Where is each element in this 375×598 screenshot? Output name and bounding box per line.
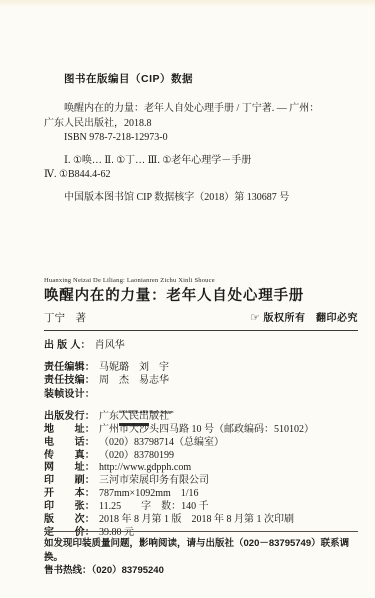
field-value: 广州市大沙头四马路 10 号（邮政编码：510102） [99,424,358,437]
cip-classification-line2: Ⅳ. ①B844.4-62 [44,168,358,183]
field-value: 787mm×1092mm 1/16 [99,488,358,501]
field-label: 责任编辑： [44,361,95,375]
website-url: http://www.gdpph.com [99,462,358,475]
staff-row: 责任编辑： 马妮璐 刘 宇 [44,361,358,375]
field-value: 马妮璐 刘 宇 [99,361,358,375]
field-value: 2018 年 8 月第 1 版 2018 年 8 月第 1 次印刷 [99,514,358,527]
field-value: 周 杰 易志华 [99,374,358,388]
copyright-notice: ☞版权所有 翻印必究 [250,312,358,325]
field-label: 开 本： [44,488,95,501]
publishing-row: 电 话： （020）83798714（总编室） [44,437,358,450]
cip-title-line: 唤醒内在的力量：老年人自处心理手册 / 丁宁著. — 广州： [44,102,358,117]
field-value: 三河市荣展印务有限公司 [99,475,358,488]
divider-rule-bottom [44,531,358,532]
field-label: 出 版 人： [44,339,91,353]
field-label: 印 刷： [44,475,95,488]
cip-record-line: 中国版本图书馆 CIP 数据核字（2018）第 130687 号 [44,191,358,206]
publishing-row: 传 真： （020）83780199 [44,450,358,463]
copyright-notice-text: 版权所有 翻印必究 [264,313,359,324]
field-value: 11.25 字 数：140 千 [99,501,358,514]
field-label: 电 话： [44,437,95,450]
field-label: 地 址： [44,424,95,437]
cip-header: 图书在版编目（CIP）数据 [44,74,358,85]
cip-publisher-line: 广东人民出版社，2018.8 [44,117,358,132]
sales-hotline: 售书热线：（020）83795240 [44,564,358,578]
field-label: 传 真： [44,450,95,463]
author-row: 丁宁 著 ☞版权所有 翻印必究 [44,312,358,325]
publishing-row: 地 址： 广州市大沙头四马路 10 号（邮政编码：510102） [44,424,358,437]
title-block: Huanxing Neizai De Liliang: Laonianren Z… [44,277,358,331]
field-label: 印 张： [44,501,95,514]
cip-classification-line1: Ⅰ. ①唤… Ⅱ. ①丁… Ⅲ. ①老年心理学－手册 [44,154,358,169]
field-label: 责任技编： [44,374,95,388]
publishing-row: 网 址： http://www.gdpph.com [44,462,358,475]
title-pinyin: Huanxing Neizai De Liliang: Laonianren Z… [44,277,358,285]
field-value: （020）83780199 [99,450,358,463]
pointing-hand-icon: ☞ [250,312,260,324]
field-value: 肖风华 [95,339,358,353]
field-label: 版 次： [44,514,95,527]
publishing-row: 印 张： 11.25 字 数：140 千 [44,501,358,514]
cip-isbn-line: ISBN 978-7-218-12973-0 [44,131,358,146]
publishing-row: 出版发行： 广东人民出版社 [44,411,358,424]
staff-row: 责任技编： 周 杰 易志华 [44,374,358,388]
book-title: 唤醒内在的力量：老年人自处心理手册 [44,288,358,304]
field-value: 广东人民出版社 [99,411,358,424]
staff-row: 出 版 人： 肖风华 [44,339,358,353]
author-name: 丁宁 著 [44,313,86,325]
book-copyright-page: 图书在版编目（CIP）数据 唤醒内在的力量：老年人自处心理手册 / 丁宁著. —… [0,0,375,598]
footer-notice-block: 如发现印装质量问题，影响阅读，请与出版社（020－83795749）联系调换。 … [44,531,358,578]
divider-rule-top [44,330,358,331]
cip-data-block: 图书在版编目（CIP）数据 唤醒内在的力量：老年人自处心理手册 / 丁宁著. —… [44,74,358,205]
field-label: 出版发行： [44,411,95,424]
publishing-row: 开 本： 787mm×1092mm 1/16 [44,488,358,501]
quality-notice: 如发现印装质量问题，影响阅读，请与出版社（020－83795749）联系调换。 [44,537,358,564]
publishing-block: 出版发行： 广东人民出版社 地 址： 广州市大沙头四马路 10 号（邮政编码：5… [44,411,358,539]
field-label: 网 址： [44,462,95,475]
publishing-row: 版 次： 2018 年 8 月第 1 版 2018 年 8 月第 1 次印刷 [44,514,358,527]
publishing-row: 印 刷： 三河市荣展印务有限公司 [44,475,358,488]
field-value: （020）83798714（总编室） [99,437,358,450]
